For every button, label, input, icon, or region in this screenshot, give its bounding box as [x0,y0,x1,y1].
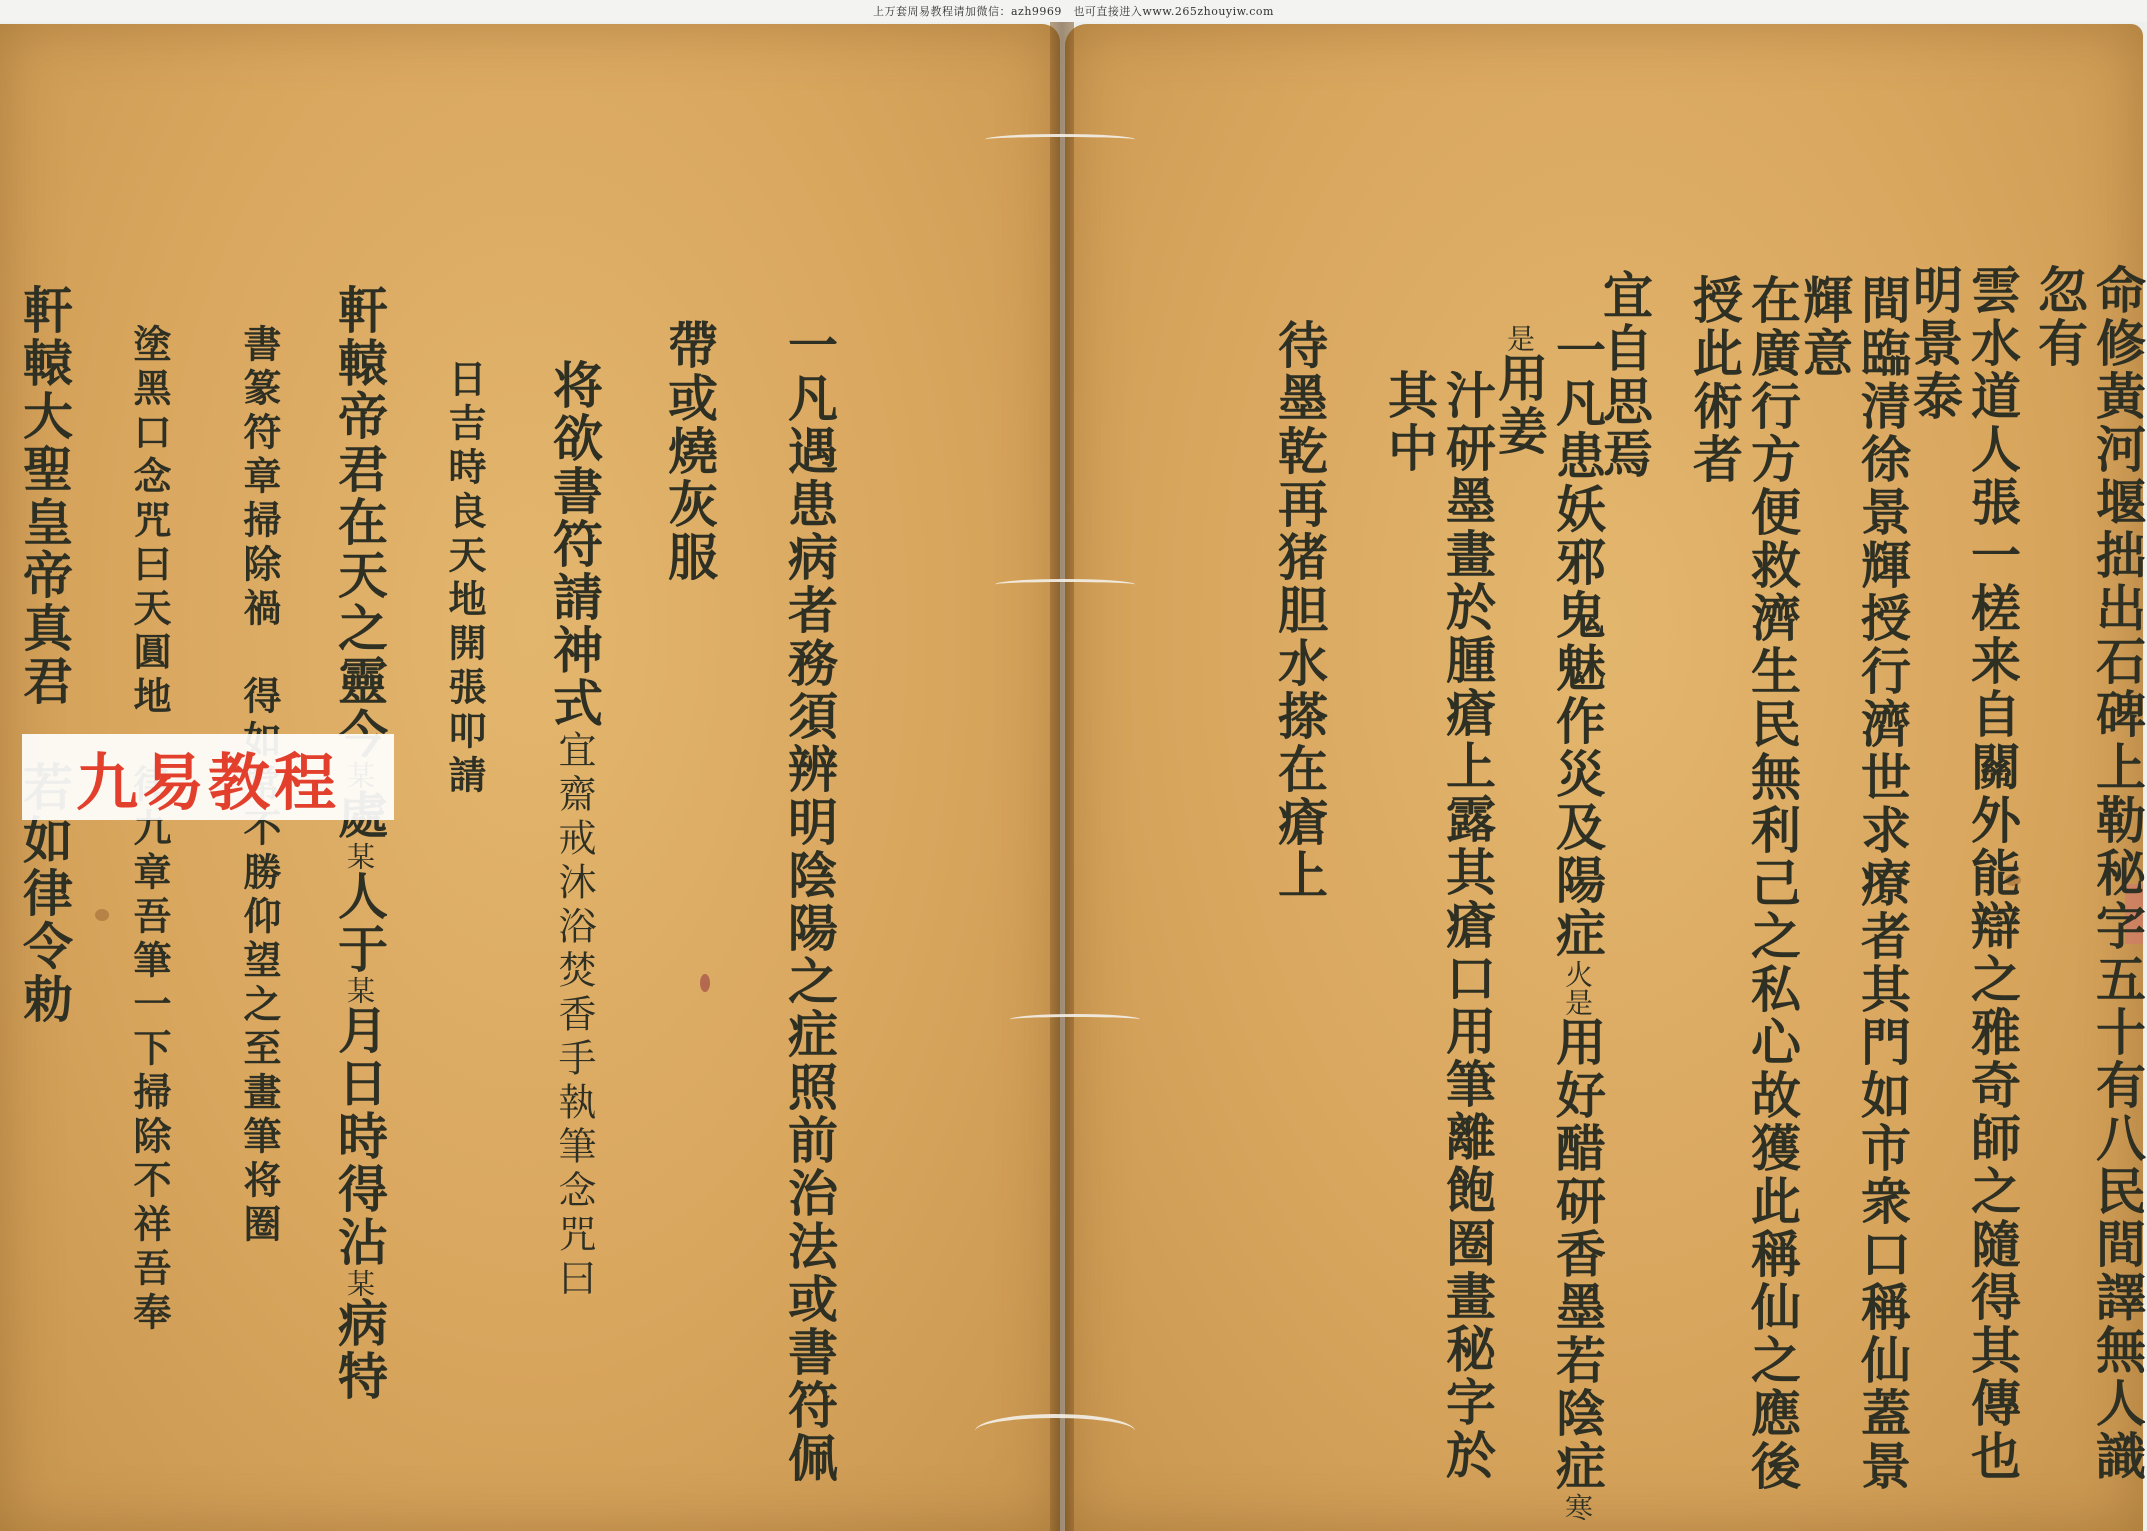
top-banner: 上万套周易教程请加微信：azh9969 也可直接进入www.265zhouyiw… [0,0,2147,22]
left-column-2: 帶或燒灰服 [660,319,718,584]
right-column-7: 汁研墨畫於腫瘡上露其瘡口用筆離飽圈畫秘字於其中 [1380,369,1496,1531]
left-column-4: 日吉時良天地開張叩請 [435,359,493,799]
annotation: 某 [343,1269,376,1297]
annotation: 宜齋戒沐浴焚香手執筆念咒曰 [552,730,596,1302]
left-column-8: 軒轅大聖皇帝真君 若如律令勅 [15,284,73,1026]
left-column-5: 軒轅帝君在天之靈今某處某人于某月日時得沾某病特 [330,284,388,1403]
annotation: 火是 [1561,960,1594,1016]
left-column-1: 一凡遇患病者務須辨明陰陽之症照前治法或書符佩 [780,319,838,1485]
right-column-3: 間臨清徐景輝授行濟世求療者其門如市衆口稱仙蓋景輝意 [1795,274,1911,1531]
right-column-4: 在廣行方便救濟生民無利己之私心故獲此稱仙之應後授此術者 [1685,274,1801,1531]
book-gutter [1050,14,1074,1531]
annotation: 某 [343,976,376,1004]
right-column-1: 命修黃河堰拙出石碑上勒秘字五十有八民間譯無人識忽有 [2030,264,2146,1531]
binding-stitch [1010,1014,1140,1025]
left-column-3: 将欲書符請神式宜齋戒沐浴焚香手執筆念咒曰 [545,359,603,1302]
watermark-text: 九易教程 [76,733,340,822]
open-book: 命修黃河堰拙出石碑上勒秘字五十有八民間譯無人識忽有 雲水道人張一槎来自關外能辯之… [0,14,2147,1531]
annotation: 某 [343,842,376,870]
stain [95,909,109,921]
binding-stitch [975,1414,1135,1448]
binding-stitch [995,579,1135,590]
right-column-2: 雲水道人張一槎来自關外能辯之雅奇師之隨得其傳也明景泰 [1905,264,2021,1531]
right-column-6: 一凡患妖邪鬼魅作災及陽症火是用好醋研香墨若陰症寒是用姜 [1490,324,1606,1531]
right-column-8: 待墨乾再猪胆水搽在瘡上 [1270,319,1328,902]
left-column-7: 塗黑口念咒曰天圓地 律九章吾筆一下掃除不祥吾奉 [120,324,178,1336]
watermark-label: 九易教程 [22,734,394,820]
ink-stain [700,974,710,992]
banner-text: 上万套周易教程请加微信：azh9969 也可直接进入www.265zhouyiw… [873,3,1274,19]
binding-stitch [985,134,1135,145]
